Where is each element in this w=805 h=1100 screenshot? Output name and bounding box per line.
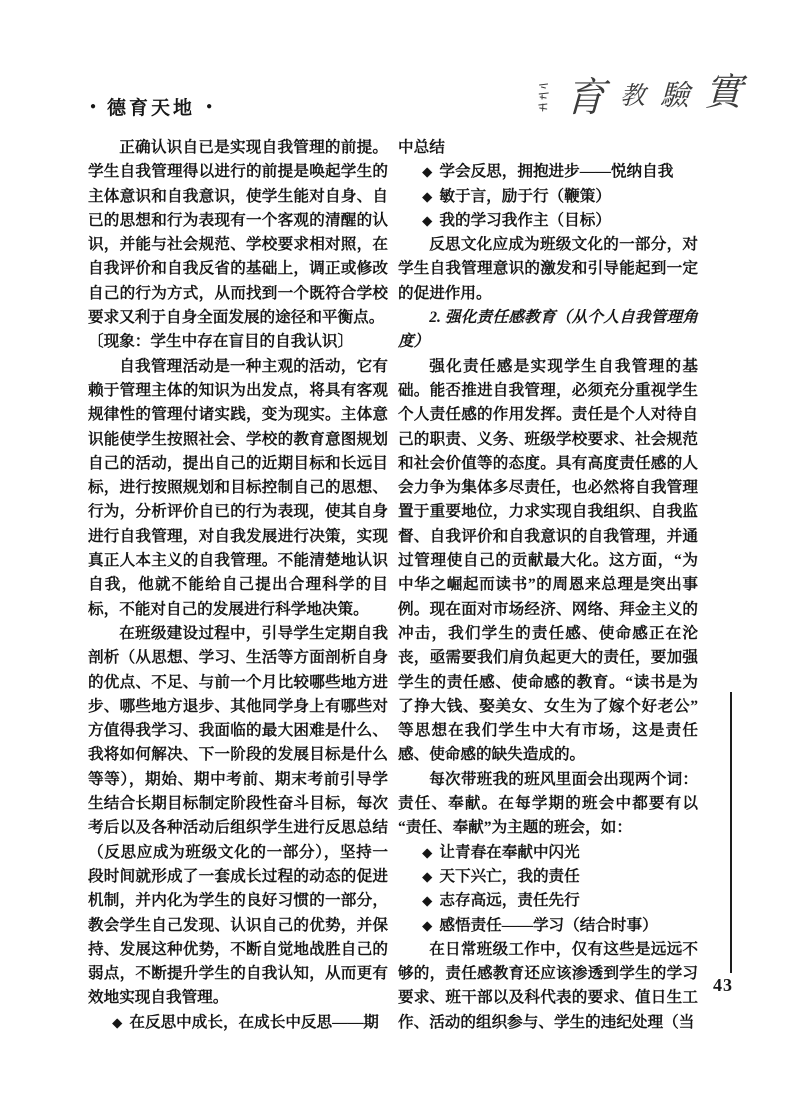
bullet-item: ◆在反思中成长，在成长中反思——期 [88,1011,388,1035]
scanned-document-page: ● 德育天地 ● 育 教 驗 實 正确认识自已是实现自我管理的前提。学生自我管理… [0,0,805,1100]
diamond-bullet-icon: ◆ [422,893,432,908]
calligrapher-signature-icon [536,82,550,119]
subsection-heading: 2. 强化责任感教育（从个人自我管理角度） [398,306,698,355]
body-paragraph: 正确认识自已是实现自我管理的前提。学生自我管理得以进行的前提是唤起学生的主体意识… [88,136,388,330]
masthead-char: 教 [620,84,646,109]
body-paragraph-continuation: 中总结 [398,136,698,160]
diamond-bullet-icon: ◆ [422,845,432,860]
bullet-dot-icon: ● [90,101,96,112]
bullet-dot-icon: ● [206,101,212,112]
section-title: 德育天地 [107,93,195,120]
body-paragraph: 每次带班我的班风里面会出现两个词：责任、奉献。在每学期的班会中都要有以“责任、奉… [398,768,698,841]
body-paragraph: 在日常班级工作中，仅有这些是远远不够的，责任感教育还应该渗透到学生的学习要求、班… [398,938,698,1035]
masthead-char: 育 [564,78,605,118]
bullet-text: 敏于言，励于行（鞭策） [439,188,611,205]
diamond-bullet-icon: ◆ [422,213,432,228]
bullet-item: ◆我的学习我作主（目标） [398,209,698,233]
margin-rule-divider [730,692,732,973]
body-paragraph: 反思文化应成为班级文化的一部分，对学生自我管理意识的激发和引导能起到一定的促进作… [398,233,698,306]
diamond-bullet-icon: ◆ [422,164,432,179]
bullet-text: 天下兴亡，我的责任 [439,868,579,885]
page-number: 43 [713,975,733,996]
masthead-char: 實 [704,74,743,112]
bullet-item: ◆让青春在奉献中闪光 [398,841,698,865]
left-column: 正确认识自已是实现自我管理的前提。学生自我管理得以进行的前提是唤起学生的主体意识… [88,136,388,1035]
bullet-text: 在反思中成长，在成长中反思——期 [129,1014,379,1031]
masthead-char: 驗 [660,82,690,111]
bullet-item: ◆学会反思，拥抱进步——悦纳自我 [398,160,698,184]
bullet-text: 我的学习我作主（目标） [439,212,611,229]
section-header: ● 德育天地 ● [90,93,212,120]
article-body: 正确认识自已是实现自我管理的前提。学生自我管理得以进行的前提是唤起学生的主体意识… [88,136,698,1035]
bullet-item: ◆感悟责任——学习（结合时事） [398,914,698,938]
diamond-bullet-icon: ◆ [422,918,432,933]
body-paragraph: 在班级建设过程中，引导学生定期自我剖析（从思想、学习、生活等方面剖析自身的优点、… [88,622,388,1011]
journal-masthead-calligraphy: 育 教 驗 實 [536,70,766,130]
right-column: 中总结 ◆学会反思，拥抱进步——悦纳自我 ◆敏于言，励于行（鞭策） ◆我的学习我… [398,136,698,1035]
body-paragraph-note: 〔现象：学生中存在盲目的自我认识〕 [88,330,388,354]
body-paragraph: 自我管理活动是一种主观的活动，它有赖于管理主体的知识为出发点，将具有客观规律性的… [88,355,388,622]
bullet-text: 志存高远，责任先行 [439,892,579,909]
bullet-item: ◆敏于言，励于行（鞭策） [398,185,698,209]
diamond-bullet-icon: ◆ [422,189,432,204]
bullet-item: ◆志存高远，责任先行 [398,889,698,913]
bullet-text: 学会反思，拥抱进步——悦纳自我 [439,163,673,180]
bullet-item: ◆天下兴亡，我的责任 [398,865,698,889]
diamond-bullet-icon: ◆ [112,1015,122,1030]
bullet-text: 感悟责任——学习（结合时事） [439,917,657,934]
body-paragraph: 强化责任感是实现学生自我管理的基础。能否推进自我管理，必须充分重视学生个人责任感… [398,355,698,768]
diamond-bullet-icon: ◆ [422,869,432,884]
bullet-text: 让青春在奉献中闪光 [439,844,579,861]
